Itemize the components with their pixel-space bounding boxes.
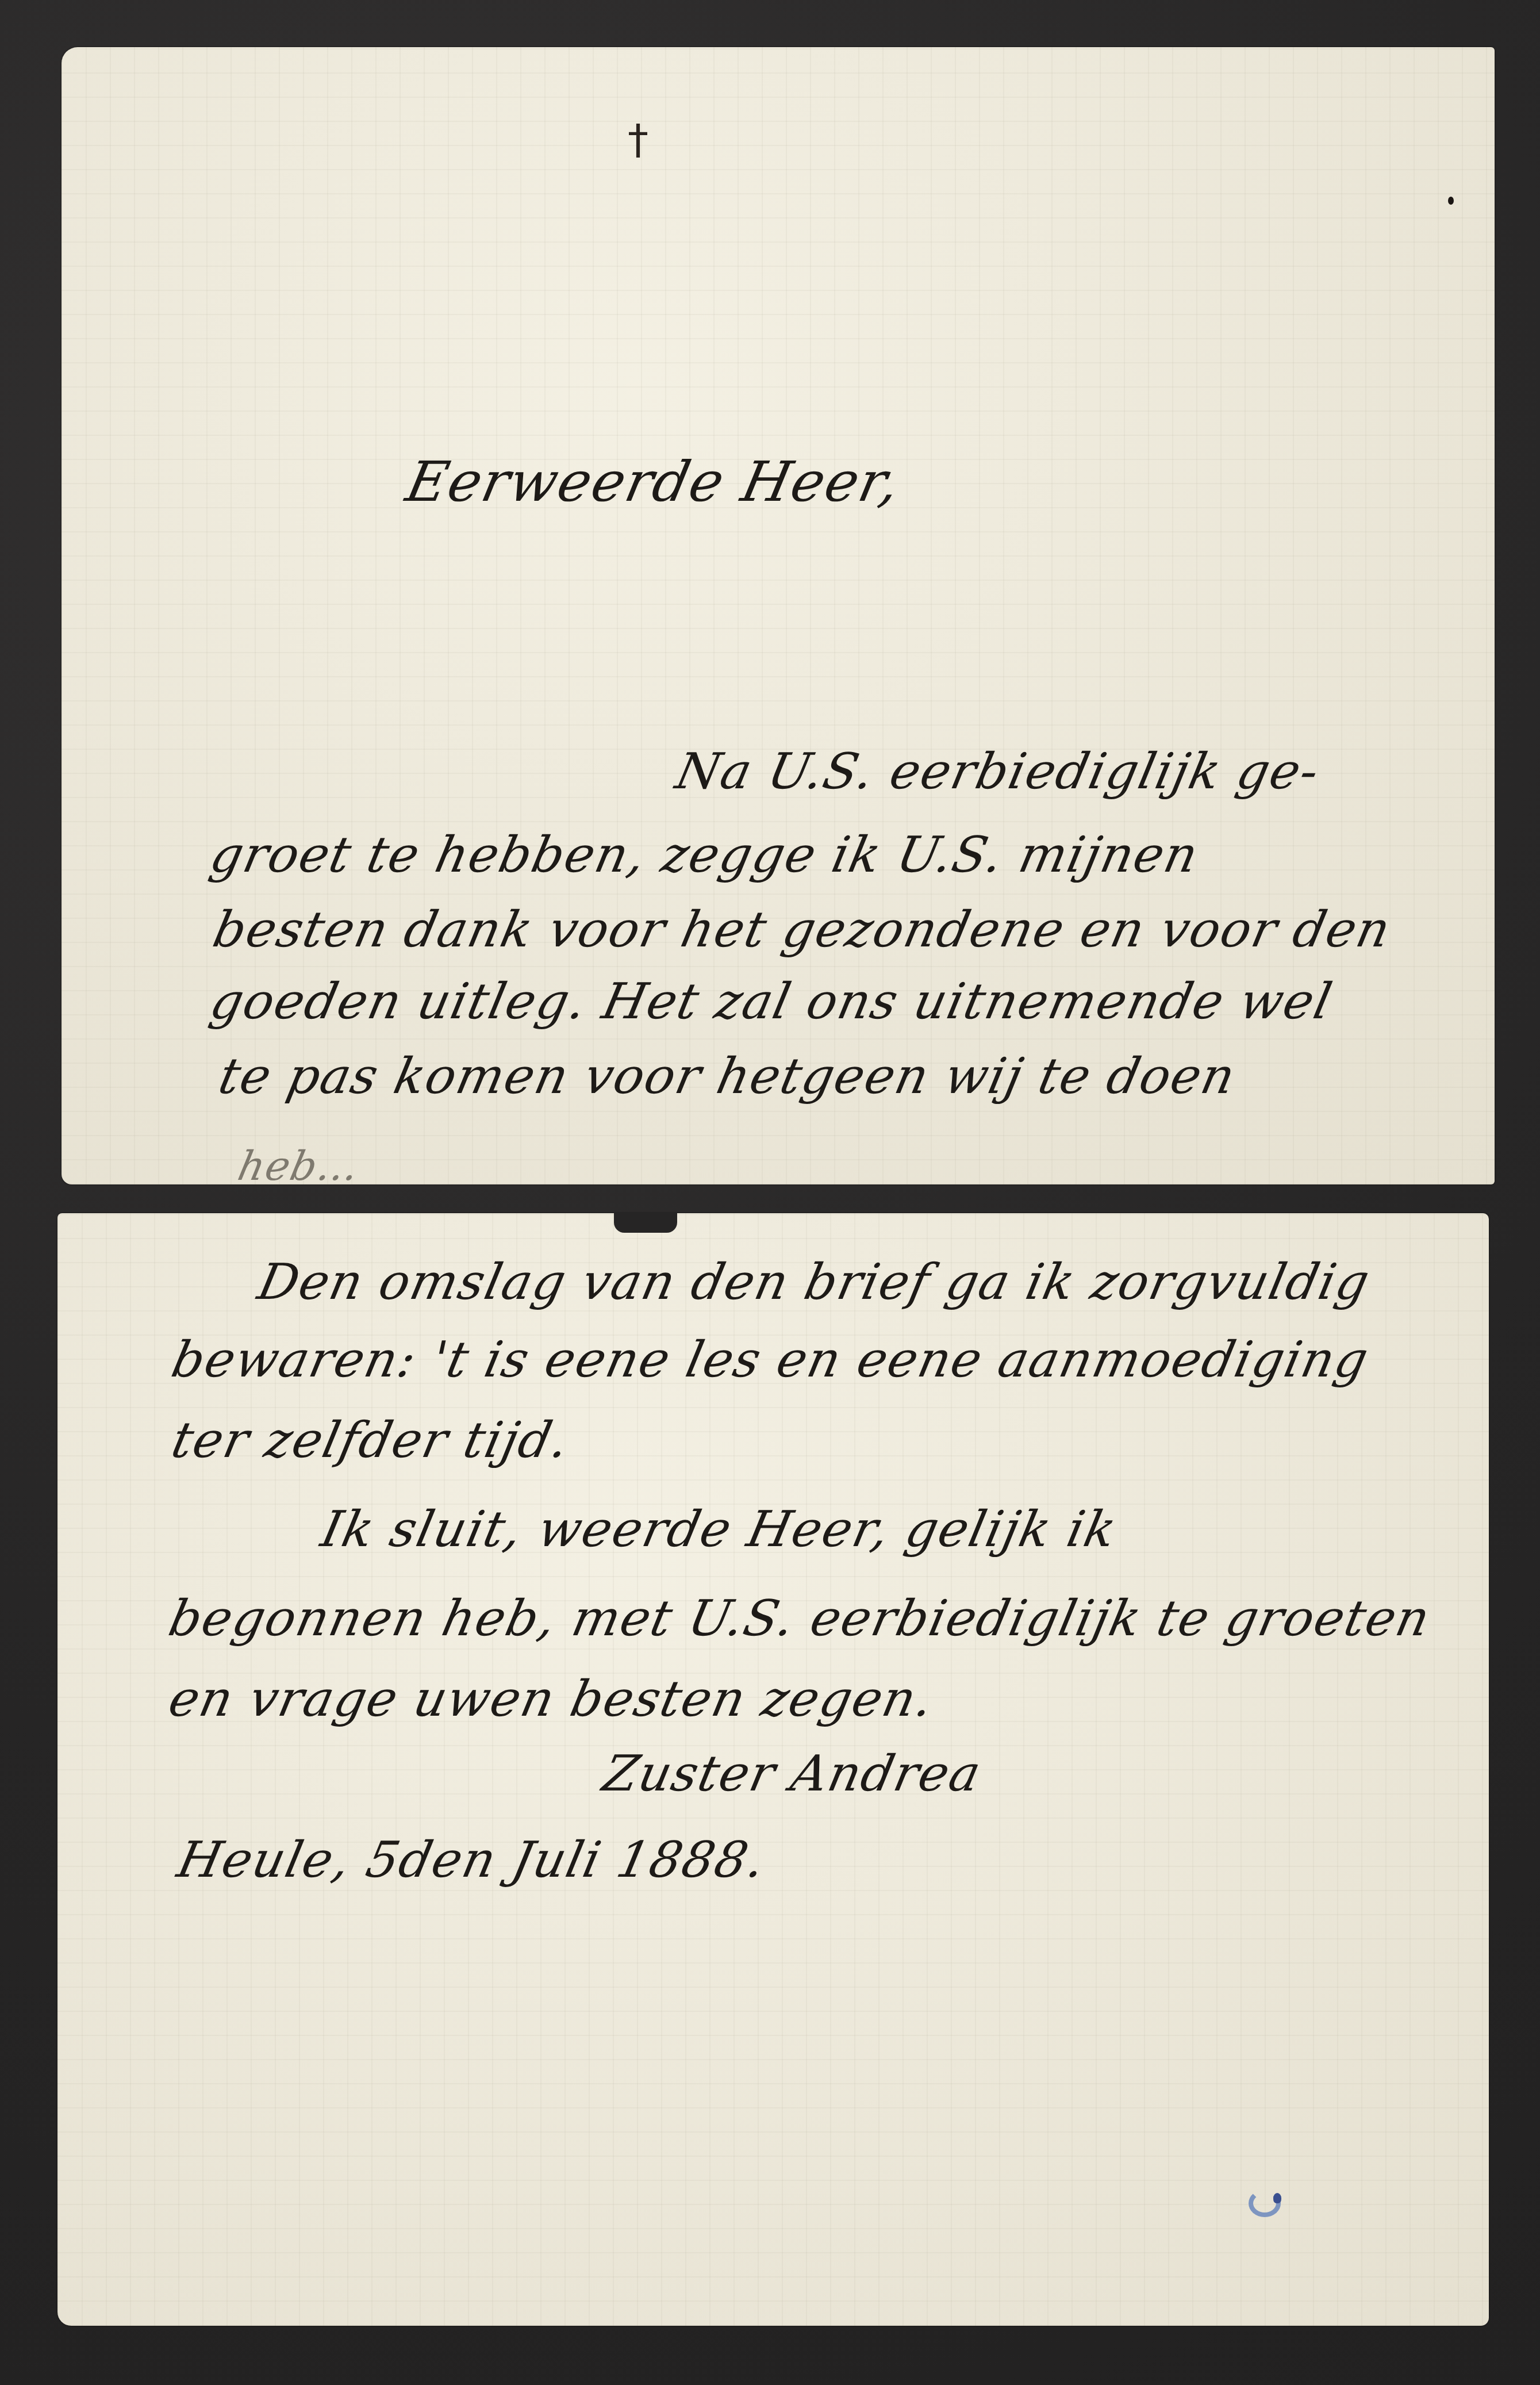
salutation: Eerweerde Heer, (401, 450, 907, 514)
cutoff-line: heb… (234, 1142, 364, 1190)
body-line-10: begonnen heb, met U.S. eerbiediglijk te … (164, 1590, 1436, 1647)
body-line-5: te pas komen voor hetgeen wij te doen (214, 1048, 1241, 1105)
archive-c-mark-icon (1249, 2190, 1281, 2217)
body-line-7: bewaren: 't is eene les en eene aanmoedi… (167, 1331, 1374, 1389)
body-line-9: Ik sluit, weerde Heer, gelijk ik (316, 1501, 1122, 1558)
place-date: Heule, 5den Juli 1888. (172, 1831, 771, 1889)
cross-mark-icon: † (628, 115, 648, 163)
letter-sheet-bottom: Den omslag van den brief ga ik zorgvuldi… (57, 1213, 1489, 2326)
body-line-1: Na U.S. eerbiediglijk ge- (671, 743, 1325, 800)
body-line-3: besten dank voor het gezondene en voor d… (208, 901, 1396, 958)
body-line-6: Den omslag van den brief ga ik zorgvuldi… (253, 1253, 1375, 1311)
body-line-2: groet te hebben, zegge ik U.S. mijnen (205, 826, 1204, 884)
sheet-notch (614, 1212, 677, 1233)
body-line-4: goeden uitleg. Het zal ons uitnemende we… (205, 973, 1338, 1030)
letter-sheet-top: † Eerweerde Heer, Na U.S. eerbiediglijk … (62, 47, 1495, 1184)
body-line-11: en vrage uwen besten zegen. (164, 1670, 939, 1728)
body-line-8: ter zelfder tijd. (167, 1412, 575, 1469)
signature: Zuster Andrea (598, 1745, 986, 1803)
ink-dot (1448, 197, 1454, 205)
